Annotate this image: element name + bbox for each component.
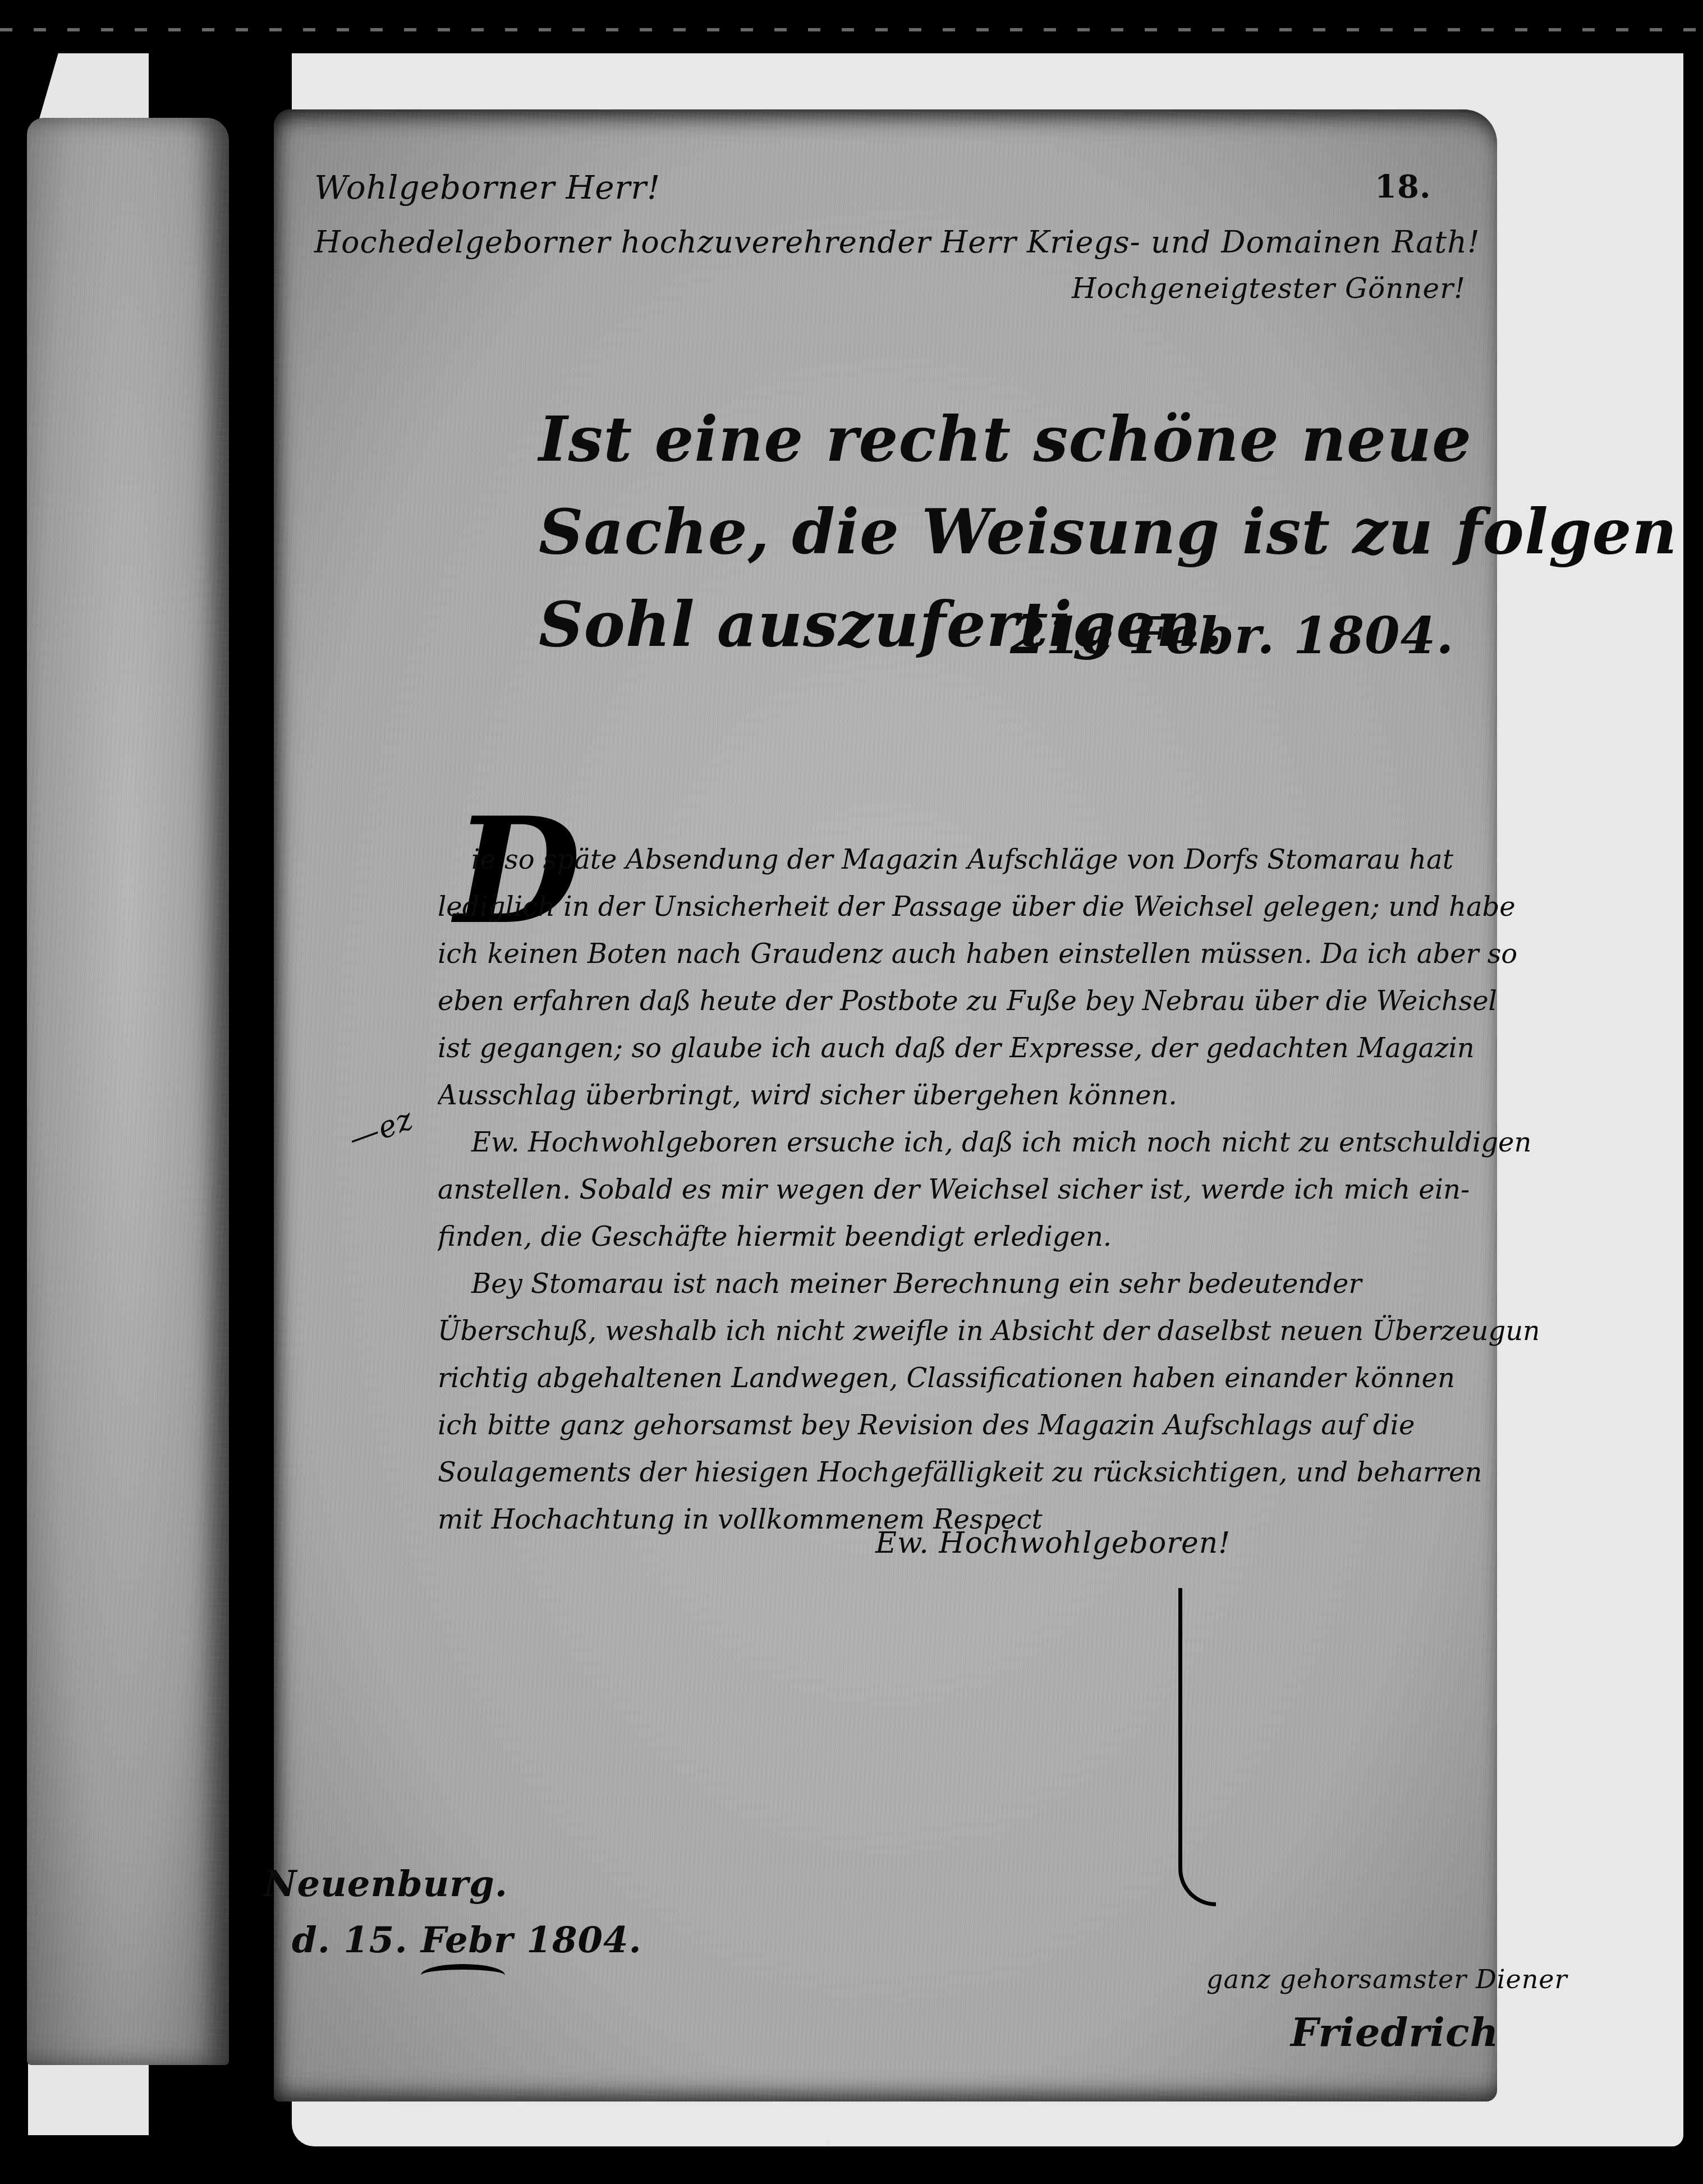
body-line: ie so späte Absendung der Magazin Aufsch… (438, 836, 1537, 883)
salutation-line-2: Hochedelgeborner hochzuverehrender Herr … (314, 224, 1480, 260)
letter-body: ie so späte Absendung der Magazin Aufsch… (438, 836, 1537, 1543)
letter-date: d. 15. Febr 1804. (292, 1919, 642, 1961)
date-flourish (421, 1964, 505, 1986)
body-line: Ausschlag überbringt, wird sicher überge… (438, 1072, 1537, 1119)
body-line: richtig abgehaltenen Landwegen, Classifi… (438, 1355, 1537, 1402)
body-line: ich keinen Boten nach Graudenz auch habe… (438, 930, 1537, 978)
body-line: ich bitte ganz gehorsamst bey Revision d… (438, 1402, 1537, 1449)
annotation-line: Ist eine recht schöne neue (539, 393, 1549, 485)
left-folded-page (27, 118, 229, 2065)
signature-bracket (1178, 1588, 1216, 1906)
folio-number: 18. (1375, 168, 1431, 205)
body-line: anstellen. Sobald es mir wegen der Weich… (438, 1166, 1537, 1213)
signature: Friedrich (1291, 2009, 1499, 2055)
body-line: eben erfahren daß heute der Postbote zu … (438, 978, 1537, 1025)
body-line: finden, die Geschäfte hiermit beendigt e… (438, 1213, 1537, 1260)
body-line: Soulagements der hiesigen Hochgefälligke… (438, 1449, 1537, 1496)
body-line: Bey Stomarau ist nach meiner Berechnung … (438, 1260, 1537, 1307)
annotation-line: Sache, die Weisung ist zu folgen (539, 485, 1549, 578)
scan-edge-strip (0, 28, 1703, 31)
body-line: lediglich in der Unsicherheit der Passag… (438, 883, 1537, 930)
salutation-line-3: Hochgeneigtester Gönner! (1072, 272, 1466, 305)
bottom-mark: » (825, 2135, 832, 2149)
place-name: Neuenburg. (264, 1863, 508, 1905)
closing-salutation: Ew. Hochwohlgeboren! (875, 1526, 1231, 1560)
body-line: Ew. Hochwohlgeboren ersuche ich, daß ich… (438, 1119, 1537, 1166)
body-line: ist gegangen; so glaube ich auch daß der… (438, 1025, 1537, 1072)
annotation-date: 21e Febr. 1804. (1010, 606, 1454, 666)
salutation-line-1: Wohlgeborner Herr! (314, 168, 660, 207)
signature-prefix: ganz gehorsamster Diener (1206, 1964, 1568, 1994)
body-line: Überschuß, weshalb ich nicht zweifle in … (438, 1307, 1537, 1355)
